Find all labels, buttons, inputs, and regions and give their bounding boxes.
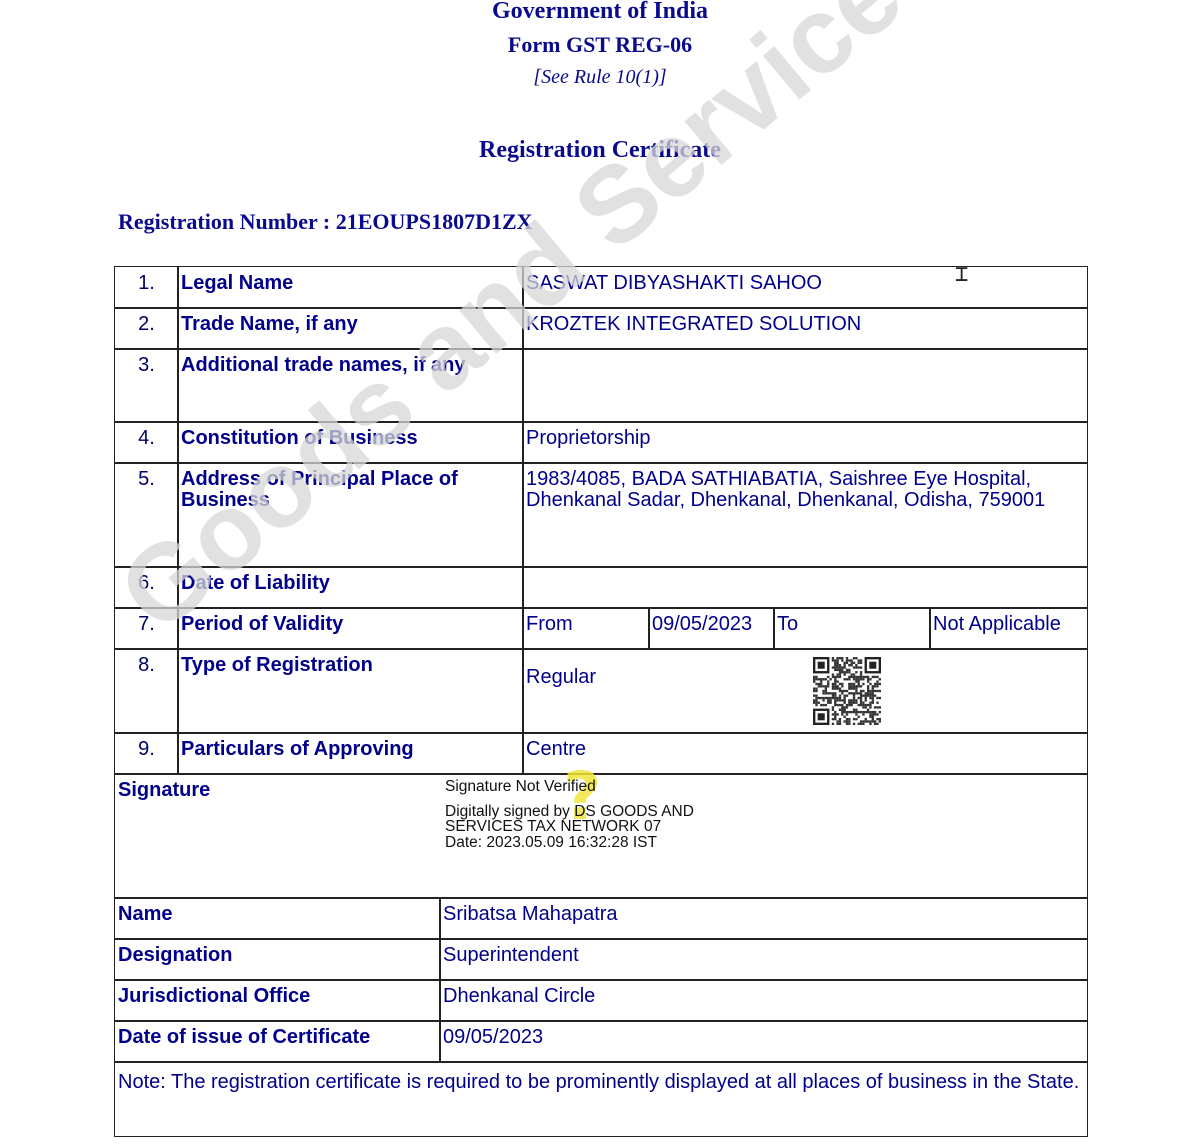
signature-date: Date: 2023.05.09 16:32:28 IST [445,835,705,851]
value-legal-name: SASWAT DIBYASHAKTI SAHOO [522,266,1088,309]
label-additional-trade-names: Additional trade names, if any [177,348,524,423]
note: Note: The registration certificate is re… [114,1061,1088,1137]
row-number: 9. [114,732,179,775]
qr-code [813,657,881,725]
value-additional-trade-names [522,348,1088,423]
value-address: 1983/4085, BADA SATHIABATIA, Saishree Ey… [522,462,1088,568]
rule-reference: [See Rule 10(1)] [0,66,1200,89]
row-number: 5. [114,462,179,568]
value-trade-name: KROZTEK INTEGRATED SOLUTION [522,307,1088,350]
label-officer-name: Name [114,897,441,940]
signature-signed-by: Digitally signed by DS GOODS AND SERVICE… [445,804,705,835]
validity-to-value: Not Applicable [929,607,1088,650]
label-particulars-approving: Particulars of Approving [177,732,524,775]
label-date-of-liability: Date of Liability [177,566,524,609]
row-number: 1. [114,266,179,309]
row-number: 8. [114,648,179,734]
label-type-of-registration: Type of Registration [177,648,524,734]
text-cursor-icon: ⌶ [955,262,968,287]
value-jurisdictional-office: Dhenkanal Circle [439,979,1088,1022]
registration-number-value: 21EOUPS1807D1ZX [336,209,533,234]
row-number: 6. [114,566,179,609]
digital-signature[interactable]: Signature Not Verified Digitally signed … [445,779,705,850]
value-date-of-liability [522,566,1088,609]
registration-number-label: Registration Number : [118,209,330,234]
registration-number: Registration Number : 21EOUPS1807D1ZX [118,209,533,235]
value-designation: Superintendent [439,938,1088,981]
value-type-of-registration: Regular [522,648,1088,734]
government-heading: Government of India [0,0,1200,25]
form-heading: Form GST REG-06 [0,32,1200,58]
value-officer-name: Sribatsa Mahapatra [439,897,1088,940]
row-number: 2. [114,307,179,350]
value-constitution: Proprietorship [522,421,1088,464]
value-date-of-issue: 09/05/2023 [439,1020,1088,1063]
label-constitution: Constitution of Business [177,421,524,464]
row-number: 7. [114,607,179,650]
certificate-title: Registration Certificate [0,137,1200,164]
row-number: 3. [114,348,179,423]
label-trade-name: Trade Name, if any [177,307,524,350]
label-designation: Designation [114,938,441,981]
row-number: 4. [114,421,179,464]
label-date-of-issue: Date of issue of Certificate [114,1020,441,1063]
label-jurisdictional-office: Jurisdictional Office [114,979,441,1022]
validity-from-date: 09/05/2023 [648,607,775,650]
signature-label: Signature [118,779,210,801]
value-particulars-approving: Centre [522,732,1088,775]
signature-status: Signature Not Verified [445,779,705,795]
label-legal-name: Legal Name [177,266,524,309]
validity-from-label: From [522,607,650,650]
label-period-of-validity: Period of Validity [177,607,524,650]
validity-to-label: To [773,607,931,650]
label-address: Address of Principal Place of Business [177,462,524,568]
